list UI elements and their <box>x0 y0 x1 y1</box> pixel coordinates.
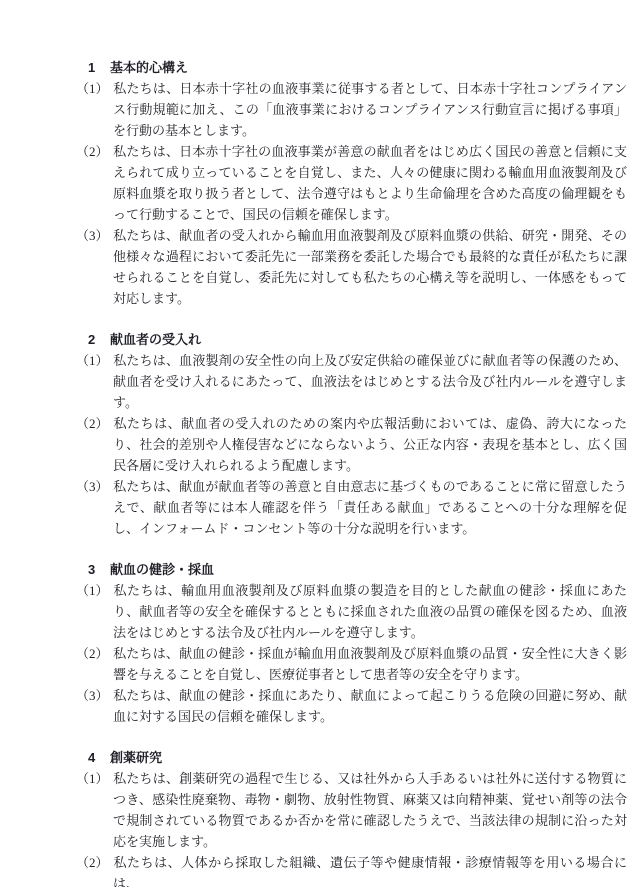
document-page: 1基本的心構え（1）私たちは、日本赤十字社の血液事業に従事する者として、日本赤十… <box>0 0 641 887</box>
item-label: （2） <box>76 852 113 873</box>
item-text: 私たちは、献血者の受入れのための案内や広報活動においては、虚偽、誇大になったり、… <box>113 416 627 473</box>
item-label: （1） <box>76 78 113 99</box>
section: 1基本的心構え（1）私たちは、日本赤十字社の血液事業に従事する者として、日本赤十… <box>76 57 627 309</box>
item-text: 私たちは、献血者の受入れから輸血用血液製剤及び原料血漿の供給、研究・開発、その他… <box>113 228 627 306</box>
item-text: 私たちは、血液製剤の安全性の向上及び安定供給の確保並びに献血者等の保護のため、献… <box>113 353 627 410</box>
section-item: （1）私たちは、日本赤十字社の血液事業に従事する者として、日本赤十字社コンプライ… <box>76 78 627 141</box>
section: 2献血者の受入れ（1）私たちは、血液製剤の安全性の向上及び安定供給の確保並びに献… <box>76 329 627 539</box>
section-item: （3）私たちは、献血者の受入れから輸血用血液製剤及び原料血漿の供給、研究・開発、… <box>76 225 627 309</box>
item-text: 私たちは、創薬研究の過程で生じる、又は社外から入手あるいは社外に送付する物質につ… <box>113 771 627 849</box>
section-title: 献血者の受入れ <box>110 332 201 347</box>
section-heading: 2献血者の受入れ <box>88 329 627 350</box>
item-label: （2） <box>76 643 113 664</box>
item-label: （1） <box>76 350 113 371</box>
item-label: （2） <box>76 141 113 162</box>
section-number: 3 <box>88 559 110 580</box>
section: 4創薬研究（1）私たちは、創薬研究の過程で生じる、又は社外から入手あるいは社外に… <box>76 747 627 887</box>
item-text: 私たちは、日本赤十字社の血液事業に従事する者として、日本赤十字社コンプライアンス… <box>113 81 627 138</box>
section-item: （2）私たちは、献血者の受入れのための案内や広報活動においては、虚偽、誇大になっ… <box>76 413 627 476</box>
section-item: （3）私たちは、献血の健診・採血にあたり、献血によって起こりうる危険の回避に努め… <box>76 685 627 727</box>
item-label: （1） <box>76 580 113 601</box>
item-label: （3） <box>76 476 113 497</box>
section-item: （1）私たちは、血液製剤の安全性の向上及び安定供給の確保並びに献血者等の保護のた… <box>76 350 627 413</box>
item-text: 私たちは、献血が献血者等の善意と自由意志に基づくものであることに常に留意したうえ… <box>113 479 627 536</box>
section-heading: 3献血の健診・採血 <box>88 559 627 580</box>
item-label: （1） <box>76 768 113 789</box>
item-text: 私たちは、日本赤十字社の血液事業が善意の献血者をはじめ広く国民の善意と信頼に支え… <box>113 144 627 222</box>
item-label: （2） <box>76 413 113 434</box>
section-title: 基本的心構え <box>110 60 188 75</box>
item-text: 私たちは、輸血用血液製剤及び原料血漿の製造を目的とした献血の健診・採血にあたり、… <box>113 583 627 640</box>
section-item: （2）私たちは、献血の健診・採血が輸血用血液製剤及び原料血漿の品質・安全性に大き… <box>76 643 627 685</box>
item-text: 私たちは、献血の健診・採血が輸血用血液製剤及び原料血漿の品質・安全性に大きく影響… <box>113 646 627 682</box>
section-number: 2 <box>88 329 110 350</box>
section-title: 献血の健診・採血 <box>110 562 214 577</box>
document-content: 1基本的心構え（1）私たちは、日本赤十字社の血液事業に従事する者として、日本赤十… <box>76 57 627 887</box>
section-title: 創薬研究 <box>110 750 162 765</box>
section-heading: 1基本的心構え <box>88 57 627 78</box>
section: 3献血の健診・採血（1）私たちは、輸血用血液製剤及び原料血漿の製造を目的とした献… <box>76 559 627 727</box>
section-number: 1 <box>88 57 110 78</box>
item-text: 私たちは、献血の健診・採血にあたり、献血によって起こりうる危険の回避に努め、献血… <box>113 688 627 724</box>
section-item: （1）私たちは、創薬研究の過程で生じる、又は社外から入手あるいは社外に送付する物… <box>76 768 627 852</box>
item-label: （3） <box>76 225 113 246</box>
section-number: 4 <box>88 747 110 768</box>
section-item: （3）私たちは、献血が献血者等の善意と自由意志に基づくものであることに常に留意し… <box>76 476 627 539</box>
section-item: （2）私たちは、人体から採取した組織、遺伝子等や健康情報・診療情報等を用いる場合… <box>76 852 627 887</box>
section-heading: 4創薬研究 <box>88 747 627 768</box>
item-label: （3） <box>76 685 113 706</box>
section-item: （2）私たちは、日本赤十字社の血液事業が善意の献血者をはじめ広く国民の善意と信頼… <box>76 141 627 225</box>
item-text: 私たちは、人体から採取した組織、遺伝子等や健康情報・診療情報等を用いる場合には、 <box>113 855 627 887</box>
section-item: （1）私たちは、輸血用血液製剤及び原料血漿の製造を目的とした献血の健診・採血にあ… <box>76 580 627 643</box>
